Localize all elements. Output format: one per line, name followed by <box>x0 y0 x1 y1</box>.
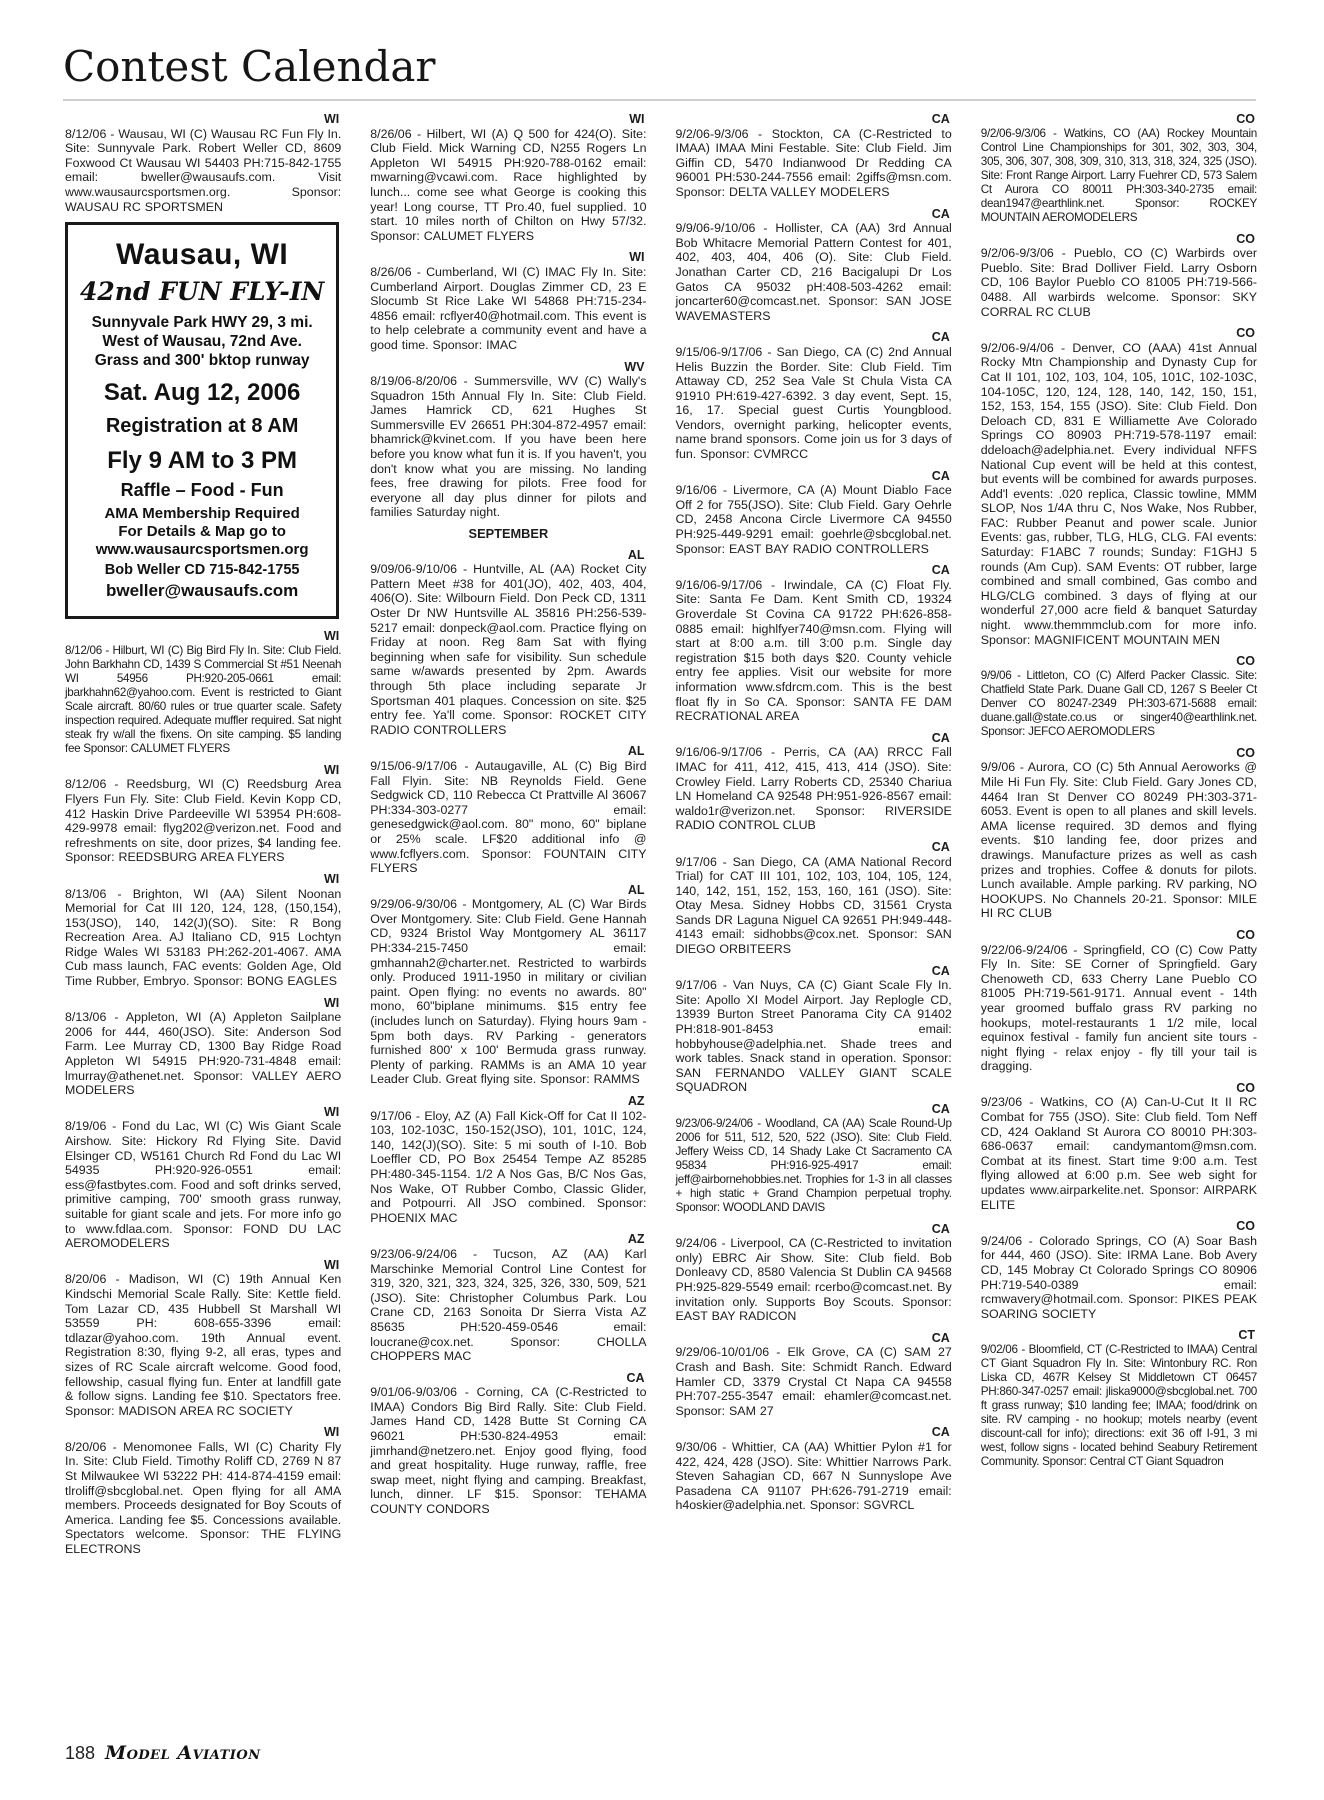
contest-entry: 8/12/06 - Hilburt, WI (C) Big Bird Fly I… <box>65 644 341 756</box>
contest-entry: 9/15/06-9/17/06 - San Diego, CA (C) 2nd … <box>676 345 952 462</box>
contest-entry: 9/30/06 - Whittier, CA (AA) Whittier Pyl… <box>676 1440 952 1513</box>
column-4: CO9/2/06-9/3/06 - Watkins, CO (AA) Rocke… <box>981 112 1257 1564</box>
contest-entry: 9/02/06 - Bloomfield, CT (C-Restricted t… <box>981 1343 1257 1469</box>
state-header: CT <box>981 1328 1257 1343</box>
ad-line: Raffle – Food - Fun <box>73 480 331 502</box>
ad-line: Grass and 300' bktop runway <box>73 352 331 371</box>
column-3: CA9/2/06-9/3/06 - Stockton, CA (C-Restri… <box>676 112 952 1564</box>
contest-entry: 9/9/06-9/10/06 - Hollister, CA (AA) 3rd … <box>676 221 952 323</box>
contest-entry: 9/2/06-9/3/06 - Stockton, CA (C-Restrict… <box>676 127 952 200</box>
contest-entry: 9/17/06 - San Diego, CA (AMA National Re… <box>676 855 952 957</box>
contest-columns: WI8/12/06 - Wausau, WI (C) Wausau RC Fun… <box>65 112 1257 1564</box>
state-header: CA <box>676 964 952 979</box>
contest-entry: 8/19/06-8/20/06 - Summersville, WV (C) W… <box>370 374 646 520</box>
state-header: CA <box>676 1222 952 1237</box>
ad-line: Sat. Aug 12, 2006 <box>73 378 331 407</box>
state-header: CO <box>981 746 1257 761</box>
contest-entry: 9/29/06-9/30/06 - Montgomery, AL (C) War… <box>370 897 646 1087</box>
contest-entry: 8/20/06 - Menomonee Falls, WI (C) Charit… <box>65 1440 341 1557</box>
contest-entry: 8/12/06 - Wausau, WI (C) Wausau RC Fun F… <box>65 127 341 215</box>
state-header: CA <box>370 1371 646 1386</box>
ad-line: www.wausaurcsportsmen.org <box>73 541 331 559</box>
state-header: CO <box>981 326 1257 341</box>
ad-line: bweller@wausaufs.com <box>73 581 331 602</box>
contest-entry: 9/2/06-9/3/06 - Pueblo, CO (C) Warbirds … <box>981 246 1257 319</box>
contest-entry: 9/2/06-9/4/06 - Denver, CO (AAA) 41st An… <box>981 341 1257 647</box>
ad-line: 42nd FUN FLY-IN <box>73 277 331 308</box>
contest-entry: 9/01/06-9/03/06 - Corning, CA (C-Restric… <box>370 1385 646 1516</box>
state-header: WI <box>65 872 341 887</box>
contest-entry: 9/23/06-9/24/06 - Woodland, CA (AA) Scal… <box>676 1117 952 1215</box>
contest-entry: 9/09/06-9/10/06 - Huntville, AL (AA) Roc… <box>370 562 646 737</box>
fun-fly-ad-box: Wausau, WI42nd FUN FLY-INSunnyvale Park … <box>65 222 339 619</box>
state-header: WV <box>370 360 646 375</box>
ad-line: For Details & Map go to <box>73 523 331 541</box>
page-number: 188 <box>65 1743 95 1764</box>
state-header: WI <box>65 763 341 778</box>
state-header: CA <box>676 1331 952 1346</box>
state-header: CA <box>676 207 952 222</box>
page-title: Contest Calendar <box>63 42 1256 101</box>
ad-line: Bob Weller CD 715-842-1755 <box>73 562 331 580</box>
contest-entry: 8/26/06 - Cumberland, WI (C) IMAC Fly In… <box>370 265 646 353</box>
state-header: AL <box>370 744 646 759</box>
ad-line: Wausau, WI <box>73 237 331 274</box>
contest-entry: 9/29/06-10/01/06 - Elk Grove, CA (C) SAM… <box>676 1345 952 1418</box>
state-header: CO <box>981 1081 1257 1096</box>
state-header: CA <box>676 1425 952 1440</box>
contest-entry: 9/23/06-9/24/06 - Tucson, AZ (AA) Karl M… <box>370 1247 646 1364</box>
contest-entry: 9/24/06 - Liverpool, CA (C-Restricted to… <box>676 1236 952 1324</box>
contest-entry: 9/15/06-9/17/06 - Autaugaville, AL (C) B… <box>370 759 646 876</box>
month-header: SEPTEMBER <box>370 527 646 542</box>
contest-entry: 9/9/06 - Littleton, CO (C) Alferd Packer… <box>981 669 1257 739</box>
magazine-logo: Model Aviation <box>105 1742 261 1764</box>
state-header: WI <box>65 1258 341 1273</box>
state-header: AZ <box>370 1232 646 1247</box>
contest-entry: 8/13/06 - Brighton, WI (AA) Silent Noona… <box>65 887 341 989</box>
ad-line: West of Wausau, 72nd Ave. <box>73 333 331 352</box>
ad-line: Registration at 8 AM <box>73 414 331 438</box>
state-header: WI <box>370 250 646 265</box>
contest-entry: 9/16/06-9/17/06 - Perris, CA (AA) RRCC F… <box>676 745 952 833</box>
column-1: WI8/12/06 - Wausau, WI (C) Wausau RC Fun… <box>65 112 341 1564</box>
state-header: WI <box>370 112 646 127</box>
state-header: CA <box>676 563 952 578</box>
ad-line: Sunnyvale Park HWY 29, 3 mi. <box>73 314 331 333</box>
state-header: AL <box>370 883 646 898</box>
state-header: CO <box>981 112 1257 127</box>
contest-entry: 8/19/06 - Fond du Lac, WI (C) Wis Giant … <box>65 1119 341 1250</box>
state-header: CO <box>981 232 1257 247</box>
state-header: CA <box>676 1102 952 1117</box>
state-header: CO <box>981 654 1257 669</box>
contest-entry: 8/13/06 - Appleton, WI (A) Appleton Sail… <box>65 1010 341 1098</box>
state-header: CA <box>676 112 952 127</box>
contest-entry: 9/16/06-9/17/06 - Irwindale, CA (C) Floa… <box>676 578 952 724</box>
state-header: WI <box>65 1425 341 1440</box>
state-header: WI <box>65 112 341 127</box>
ad-line: AMA Membership Required <box>73 505 331 523</box>
contest-entry: 8/20/06 - Madison, WI (C) 19th Annual Ke… <box>65 1272 341 1418</box>
state-header: CO <box>981 928 1257 943</box>
contest-entry: 9/22/06-9/24/06 - Springfield, CO (C) Co… <box>981 943 1257 1074</box>
state-header: AL <box>370 548 646 563</box>
contest-entry: 9/9/06 - Aurora, CO (C) 5th Annual Aerow… <box>981 760 1257 921</box>
contest-entry: 8/12/06 - Reedsburg, WI (C) Reedsburg Ar… <box>65 777 341 865</box>
contest-entry: 9/17/06 - Van Nuys, CA (C) Giant Scale F… <box>676 978 952 1095</box>
column-2: WI8/26/06 - Hilbert, WI (A) Q 500 for 42… <box>370 112 646 1564</box>
state-header: WI <box>65 996 341 1011</box>
state-header: WI <box>65 629 341 644</box>
contest-entry: 9/16/06 - Livermore, CA (A) Mount Diablo… <box>676 483 952 556</box>
state-header: CO <box>981 1219 1257 1234</box>
ad-line: Fly 9 AM to 3 PM <box>73 446 331 475</box>
page-footer: 188 Model Aviation <box>65 1742 261 1764</box>
state-header: CA <box>676 840 952 855</box>
contest-entry: 9/17/06 - Eloy, AZ (A) Fall Kick-Off for… <box>370 1109 646 1226</box>
state-header: CA <box>676 330 952 345</box>
contest-entry: 9/24/06 - Colorado Springs, CO (A) Soar … <box>981 1234 1257 1322</box>
contest-entry: 8/26/06 - Hilbert, WI (A) Q 500 for 424(… <box>370 127 646 244</box>
contest-entry: 9/23/06 - Watkins, CO (A) Can-U-Cut It I… <box>981 1095 1257 1212</box>
state-header: AZ <box>370 1094 646 1109</box>
state-header: CA <box>676 731 952 746</box>
state-header: CA <box>676 469 952 484</box>
state-header: WI <box>65 1105 341 1120</box>
magazine-page: Contest Calendar WI8/12/06 - Wausau, WI … <box>0 0 1324 1800</box>
contest-entry: 9/2/06-9/3/06 - Watkins, CO (AA) Rockey … <box>981 127 1257 225</box>
